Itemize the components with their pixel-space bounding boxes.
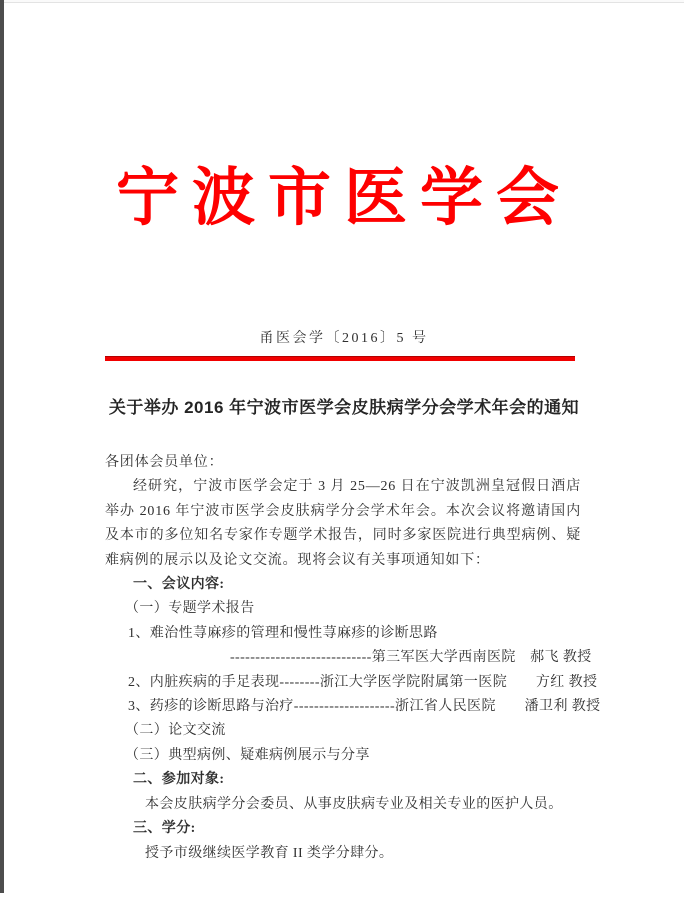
doc-number: 甬医会学〔2016〕5 号 bbox=[4, 327, 684, 347]
notice-line: （三）典型病例、疑难病例展示与分享 bbox=[105, 744, 581, 768]
notice-line: （二）论文交流 bbox=[105, 719, 581, 743]
notice-line-heading-3: 三、学分: bbox=[105, 817, 581, 841]
notice-line-heading-1: 一、会议内容: bbox=[105, 573, 581, 597]
notice-line-speaker-3: 3、药疹的诊断思路与治疗--------------------浙江省人民医院 … bbox=[105, 695, 581, 719]
notice-line-speaker-2: 2、内脏疾病的手足表现--------浙江大学医学院附属第一医院 方红 教授 bbox=[105, 671, 581, 695]
notice-body: 各团体会员单位： 经研究，宁波市医学会定于 3 月 25—26 日在宁波凯洲皇冠… bbox=[105, 451, 581, 866]
notice-title: 关于举办 2016 年宁波市医学会皮肤病学分会学术年会的通知 bbox=[4, 393, 684, 418]
window-top-edge bbox=[0, 0, 684, 3]
salutation: 各团体会员单位： bbox=[105, 451, 581, 475]
notice-line: 1、难治性荨麻疹的管理和慢性荨麻疹的诊断思路 bbox=[105, 622, 581, 646]
notice-line-speaker-1: ----------------------------第三军医大学西南医院 郝… bbox=[105, 646, 581, 670]
notice-line: 授予市级继续医学教育 II 类学分肆分。 bbox=[105, 842, 581, 866]
document-page: { "document": { "letterhead": "宁波市医学会", … bbox=[0, 0, 684, 899]
intro-paragraph: 经研究，宁波市医学会定于 3 月 25—26 日在宁波凯洲皇冠假日酒店举办 20… bbox=[105, 475, 581, 573]
notice-line-heading-2: 二、参加对象: bbox=[105, 768, 581, 792]
notice-line: （一）专题学术报告 bbox=[105, 597, 581, 621]
window-left-edge bbox=[0, 0, 4, 893]
red-divider-rule bbox=[105, 356, 575, 361]
letterhead-org-title: 宁波市医学会 bbox=[4, 147, 684, 238]
notice-line: 本会皮肤病学分会委员、从事皮肤病专业及相关专业的医护人员。 bbox=[105, 793, 581, 817]
